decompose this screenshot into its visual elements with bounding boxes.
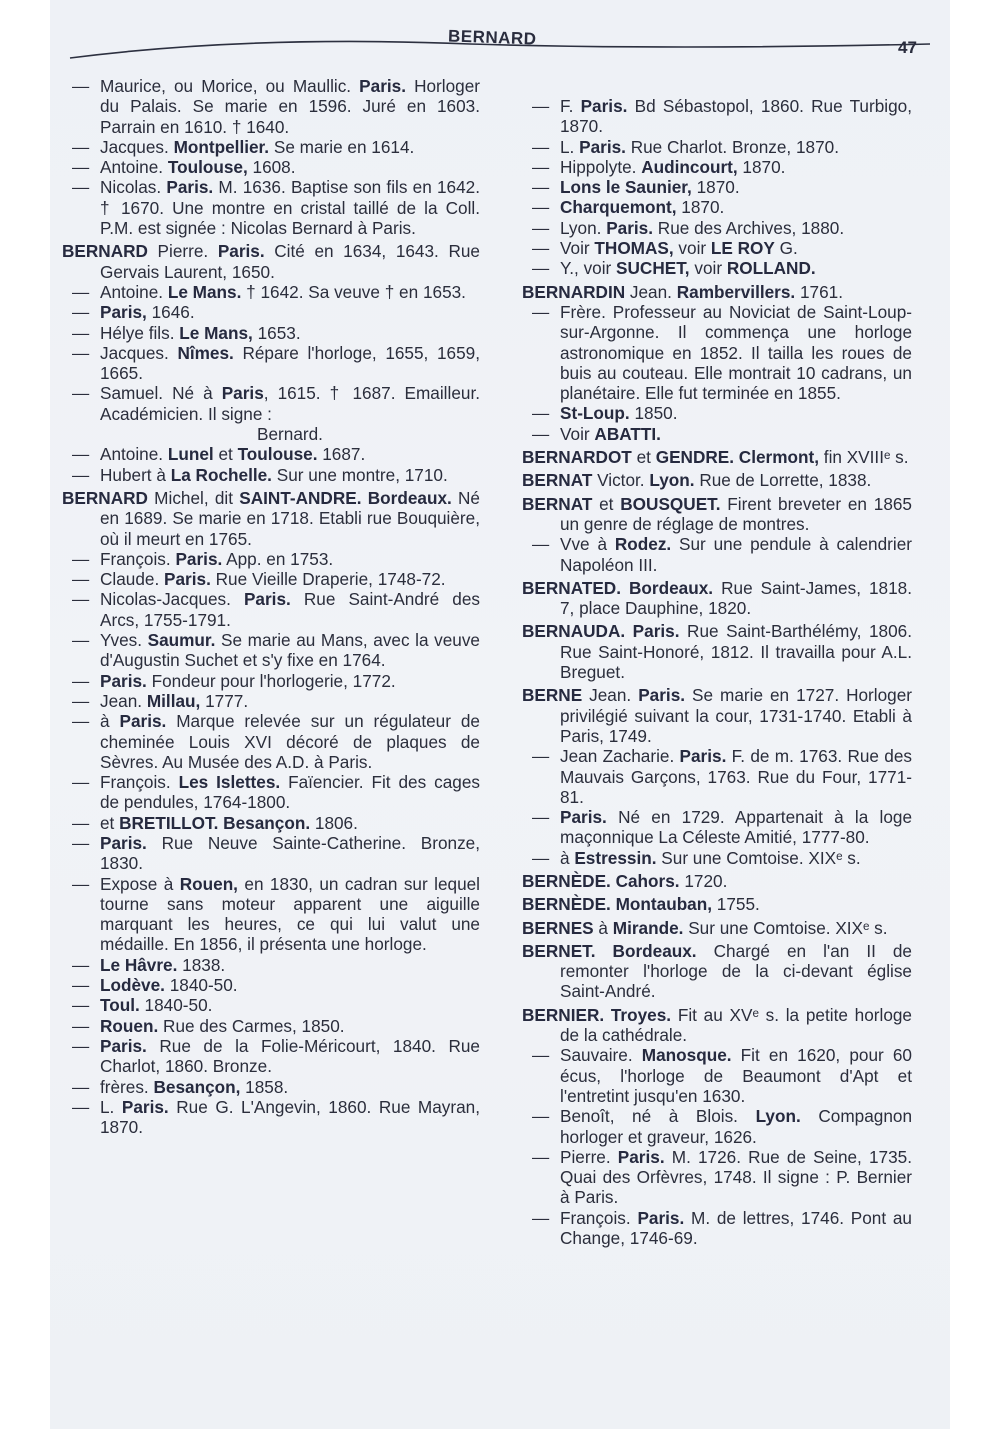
entry-bold-term: Lodève. xyxy=(100,975,165,995)
entry-text: Hippolyte. xyxy=(560,157,641,177)
entry-text: et xyxy=(100,813,119,833)
entry-text: 1870. xyxy=(738,157,786,177)
entry-text: 1840-50. xyxy=(165,975,238,995)
entry-bold-term: Toul. xyxy=(100,995,140,1015)
entry-text: Sur une Comtoise. XIXᵉ s. xyxy=(657,848,861,868)
entry-text: Rue Neuve Sainte-Catherine. Bronze, 1830… xyxy=(100,833,480,873)
entry-bold-term: Paris. xyxy=(579,137,626,157)
entry-bold-term: Toulouse, xyxy=(168,157,248,177)
entry-text: Jacques. xyxy=(100,137,174,157)
entry-text: App. en 1753. xyxy=(222,549,333,569)
entry-dash: — xyxy=(532,403,560,423)
dictionary-sub-entry: —Paris. Né en 1729. Appartenait à la log… xyxy=(522,807,912,848)
entry-bold-term: BERNAT xyxy=(522,470,592,490)
dictionary-sub-entry: —Lodève. 1840-50. xyxy=(62,975,480,995)
dictionary-sub-entry: —Paris. Rue de la Folie-Méricourt, 1840.… xyxy=(62,1036,480,1077)
entry-dash: — xyxy=(72,76,100,96)
entry-bold-term: BERNARD xyxy=(62,241,148,261)
entry-bold-term: BERNET. Bordeaux. xyxy=(522,941,697,961)
right-column: —F. Paris. Bd Sébastopol, 1860. Rue Turb… xyxy=(522,96,912,1248)
dictionary-sub-entry: —François. Les Islettes. Faïencier. Fit … xyxy=(62,772,480,813)
entry-bold-term: BERNÈDE. Montauban, xyxy=(522,894,712,914)
dictionary-sub-entry: —François. Paris. M. de lettres, 1746. P… xyxy=(522,1208,912,1249)
entry-bold-term: Paris. xyxy=(637,1208,684,1228)
entry-dash: — xyxy=(72,444,100,464)
entry-dash: — xyxy=(532,238,560,258)
entry-text: Jean. xyxy=(582,685,638,705)
entry-text: Jean. xyxy=(625,282,677,302)
entry-text: Sauvaire. xyxy=(560,1045,642,1065)
entry-bold-term: BERNAT xyxy=(522,494,592,514)
dictionary-sub-entry: —Jacques. Montpellier. Se marie en 1614. xyxy=(62,137,480,157)
entry-text: et xyxy=(632,447,656,467)
entry-bold-term: Paris, xyxy=(100,302,147,322)
dictionary-headword-entry: BERNATED. Bordeaux. Rue Saint-James, 181… xyxy=(522,578,912,619)
entry-text: Sur une Comtoise. XIXᵉ s. xyxy=(683,918,887,938)
dictionary-sub-entry: —Sauvaire. Manosque. Fit en 1620, pour 6… xyxy=(522,1045,912,1106)
dictionary-headword-entry: BERNARDIN Jean. Rambervillers. 1761. xyxy=(522,282,912,302)
entry-text: Rue Vieille Draperie, 1748-72. xyxy=(211,569,446,589)
entry-dash: — xyxy=(532,197,560,217)
entry-bold-term: Paris. xyxy=(100,833,147,853)
dictionary-sub-entry: —Paris. Fondeur pour l'horlogerie, 1772. xyxy=(62,671,480,691)
entry-dash: — xyxy=(532,258,560,278)
entry-dash: — xyxy=(532,424,560,444)
entry-text: Antoine. xyxy=(100,444,168,464)
entry-text: frères. xyxy=(100,1077,153,1097)
dictionary-sub-entry: —Voir THOMAS, voir LE ROY G. xyxy=(522,238,912,258)
entry-bold-term: THOMAS, xyxy=(594,238,673,258)
entry-bold-term: Paris. xyxy=(618,1147,665,1167)
entry-text: François. xyxy=(100,772,179,792)
entry-dash: — xyxy=(532,534,560,554)
entry-text: et xyxy=(214,444,238,464)
entry-bold-term: ROLLAND. xyxy=(727,258,816,278)
entry-bold-term: Paris. xyxy=(119,711,166,731)
entry-dash: — xyxy=(532,137,560,157)
entry-bold-term: BERNÈDE. Cahors. xyxy=(522,871,680,891)
dictionary-headword-entry: BERNAT Victor. Lyon. Rue de Lorrette, 18… xyxy=(522,470,912,490)
entry-text: 1761. xyxy=(795,282,843,302)
entry-bold-term: Rouen. xyxy=(100,1016,158,1036)
entry-dash: — xyxy=(532,96,560,116)
entry-bold-term: Les Islettes. xyxy=(179,772,281,792)
entry-dash: — xyxy=(72,549,100,569)
running-head: BERNARD xyxy=(448,26,537,49)
entry-bold-term: BERNARDOT xyxy=(522,447,632,467)
entry-dash: — xyxy=(72,671,100,691)
entry-bold-term: Le Hâvre. xyxy=(100,955,177,975)
entry-bold-term: Lons le Saunier, xyxy=(560,177,692,197)
entry-text: Samuel. Né à xyxy=(100,383,222,403)
book-page: BERNARD 47 —Maurice, ou Morice, ou Maull… xyxy=(50,0,950,1429)
dictionary-headword-entry: BERNET. Bordeaux. Chargé en l'an II de r… xyxy=(522,941,912,1002)
entry-text: Nicolas-Jacques. xyxy=(100,589,244,609)
entry-text: Rue Charlot. Bronze, 1870. xyxy=(626,137,839,157)
entry-dash: — xyxy=(72,465,100,485)
entry-text: Voir xyxy=(560,424,594,444)
entry-bold-term: Lyon. xyxy=(756,1106,801,1126)
page-number: 47 xyxy=(898,38,917,58)
dictionary-sub-entry: —L. Paris. Rue Charlot. Bronze, 1870. xyxy=(522,137,912,157)
entry-text: Hélye fils. xyxy=(100,323,179,343)
entry-dash: — xyxy=(72,302,100,322)
entry-text: Antoine. xyxy=(100,282,168,302)
entry-text: voir xyxy=(674,238,711,258)
entry-dash: — xyxy=(72,1016,100,1036)
entry-dash: — xyxy=(72,772,100,792)
dictionary-headword-entry: BERNAT et BOUSQUET. Firent breveter en 1… xyxy=(522,494,912,535)
entry-dash: — xyxy=(72,813,100,833)
entry-text: 1806. xyxy=(310,813,358,833)
entry-dash: — xyxy=(72,282,100,302)
entry-bold-term: BERNARDIN xyxy=(522,282,625,302)
entry-text: Hubert à xyxy=(100,465,171,485)
entry-dash: — xyxy=(532,807,560,827)
entry-bold-term: Paris. xyxy=(100,671,147,691)
entry-text: L. xyxy=(100,1097,122,1117)
entry-text: 1755. xyxy=(712,894,760,914)
entry-text: 1870. xyxy=(692,177,740,197)
entry-dash: — xyxy=(72,711,100,731)
entry-text: Né en 1729. Appartenait à la loge maçonn… xyxy=(560,807,912,847)
entry-text: Expose à xyxy=(100,874,180,894)
entry-bold-term: Besançon, xyxy=(153,1077,240,1097)
dictionary-sub-entry: —Le Hâvre. 1838. xyxy=(62,955,480,975)
entry-dash: — xyxy=(72,589,100,609)
entry-dash: — xyxy=(72,630,100,650)
entry-dash: — xyxy=(72,137,100,157)
entry-text: 1850. xyxy=(630,403,678,423)
dictionary-sub-entry: —Antoine. Lunel et Toulouse. 1687. xyxy=(62,444,480,464)
dictionary-headword-entry: BERNÈDE. Montauban, 1755. xyxy=(522,894,912,914)
entry-bold-term: Paris. xyxy=(100,1036,147,1056)
entry-bold-term: Rouen, xyxy=(180,874,238,894)
entry-text: Frère. Professeur au Noviciat de Saint-L… xyxy=(560,302,912,403)
entry-text: Voir xyxy=(560,238,594,258)
entry-bold-term: St-Loup. xyxy=(560,403,630,423)
entry-dash: — xyxy=(532,1208,560,1228)
dictionary-sub-entry: —Maurice, ou Morice, ou Maullic. Paris. … xyxy=(62,76,480,137)
entry-bold-term: BERNARD xyxy=(62,488,148,508)
dictionary-headword-entry: BERNIER. Troyes. Fit au XVᵉ s. la petite… xyxy=(522,1005,912,1046)
entry-text: fin XVIIIᵉ s. xyxy=(819,447,909,467)
dictionary-headword-entry: BERNARDOT et GENDRE. Clermont, fin XVIII… xyxy=(522,447,912,467)
dictionary-sub-entry: —St-Loup. 1850. xyxy=(522,403,912,423)
dictionary-sub-entry: —à Estressin. Sur une Comtoise. XIXᵉ s. xyxy=(522,848,912,868)
entry-bold-term: Nîmes. xyxy=(177,343,233,363)
entry-bold-term: Paris. xyxy=(359,76,406,96)
entry-text: 1646. xyxy=(147,302,195,322)
dictionary-sub-entry: —Charquemont, 1870. xyxy=(522,197,912,217)
entry-text: G. xyxy=(775,238,798,258)
dictionary-sub-entry: —Samuel. Né à Paris, 1615. † 1687. Email… xyxy=(62,383,480,444)
dictionary-sub-entry: —Antoine. Toulouse, 1608. xyxy=(62,157,480,177)
dictionary-sub-entry: —à Paris. Marque relevée sur un régulate… xyxy=(62,711,480,772)
entry-bold-term: Paris. xyxy=(175,549,222,569)
entry-text: 1720. xyxy=(680,871,728,891)
entry-dash: — xyxy=(72,874,100,894)
entry-dash: — xyxy=(72,833,100,853)
entry-bold-term: Lunel xyxy=(168,444,214,464)
entry-text: 1838. xyxy=(177,955,225,975)
entry-text: et xyxy=(592,494,620,514)
entry-dash: — xyxy=(532,848,560,868)
entry-bold-term: Lyon. xyxy=(649,470,694,490)
dictionary-sub-entry: —frères. Besançon, 1858. xyxy=(62,1077,480,1097)
entry-text: à xyxy=(594,918,613,938)
entry-bold-term: Rambervillers. xyxy=(677,282,795,302)
dictionary-sub-entry: —L. Paris. Rue G. L'Angevin, 1860. Rue M… xyxy=(62,1097,480,1138)
entry-bold-term: SAINT-ANDRE. Bordeaux. xyxy=(239,488,452,508)
entry-dash: — xyxy=(72,995,100,1015)
entry-dash: — xyxy=(72,1036,100,1056)
entry-dash: — xyxy=(72,343,100,363)
dictionary-sub-entry: —Jean Zacharie. Paris. F. de m. 1763. Ru… xyxy=(522,746,912,807)
entry-bold-term: Paris. xyxy=(560,807,607,827)
entry-dash: — xyxy=(72,975,100,995)
entry-bold-term: ABATTI. xyxy=(594,424,661,444)
entry-dash: — xyxy=(532,1045,560,1065)
entry-text: à xyxy=(560,848,574,868)
entry-bold-term: Charquemont, xyxy=(560,197,677,217)
dictionary-sub-entry: —Paris, 1646. xyxy=(62,302,480,322)
dictionary-sub-entry: —Benoît, né à Blois. Lyon. Compagnon hor… xyxy=(522,1106,912,1147)
dictionary-headword-entry: BERNARD Michel, dit SAINT-ANDRE. Bordeau… xyxy=(62,488,480,549)
entry-text: Jacques. xyxy=(100,343,177,363)
entry-bold-term: BERNIER. Troyes. xyxy=(522,1005,671,1025)
entry-dash: — xyxy=(72,569,100,589)
entry-text: 1653. xyxy=(253,323,301,343)
left-column: —Maurice, ou Morice, ou Maullic. Paris. … xyxy=(62,76,480,1137)
entry-bold-term: Millau, xyxy=(147,691,200,711)
entry-bold-term: Paris xyxy=(222,383,264,403)
entry-text: L. xyxy=(560,137,579,157)
entry-bold-term: Paris. xyxy=(680,746,727,766)
dictionary-sub-entry: —F. Paris. Bd Sébastopol, 1860. Rue Turb… xyxy=(522,96,912,137)
entry-bold-term: BRETILLOT. Besançon. xyxy=(119,813,310,833)
entry-bold-term: Le Mans, xyxy=(179,323,253,343)
entry-dash: — xyxy=(532,1147,560,1167)
dictionary-headword-entry: BERNARD Pierre. Paris. Cité en 1634, 164… xyxy=(62,241,480,282)
entry-dash: — xyxy=(72,955,100,975)
dictionary-sub-entry: —Lyon. Paris. Rue des Archives, 1880. xyxy=(522,218,912,238)
dictionary-sub-entry: —Hubert à La Rochelle. Sur une montre, 1… xyxy=(62,465,480,485)
entry-text: Vve à xyxy=(560,534,615,554)
entry-text: Pierre. xyxy=(560,1147,618,1167)
entry-text: 1858. xyxy=(240,1077,288,1097)
entry-dash: — xyxy=(532,157,560,177)
entry-dash: — xyxy=(532,302,560,322)
dictionary-sub-entry: —Y., voir SUCHET, voir ROLLAND. xyxy=(522,258,912,278)
dictionary-sub-entry: —Jacques. Nîmes. Répare l'horloge, 1655,… xyxy=(62,343,480,384)
dictionary-sub-entry: —Yves. Saumur. Se marie au Mans, avec la… xyxy=(62,630,480,671)
entry-text: Benoît, né à Blois. xyxy=(560,1106,756,1126)
entry-dash: — xyxy=(532,1106,560,1126)
dictionary-sub-entry: —Nicolas. Paris. M. 1636. Baptise son fi… xyxy=(62,177,480,238)
entry-bold-term: LE ROY xyxy=(711,238,775,258)
entry-text: Rue des Archives, 1880. xyxy=(653,218,844,238)
dictionary-headword-entry: BERNE Jean. Paris. Se marie en 1727. Hor… xyxy=(522,685,912,746)
entry-bold-term: Paris. xyxy=(581,96,628,116)
dictionary-sub-entry: —Lons le Saunier, 1870. xyxy=(522,177,912,197)
entry-text: 1870. xyxy=(677,197,725,217)
dictionary-headword-entry: BERNÈDE. Cahors. 1720. xyxy=(522,871,912,891)
entry-bold-term: Paris. xyxy=(218,241,265,261)
entry-dash: — xyxy=(72,157,100,177)
entry-bold-term: BERNAUDA. Paris. xyxy=(522,621,680,641)
entry-text: Sur une montre, 1710. xyxy=(272,465,448,485)
entry-text: † 1642. Sa veuve † en 1653. xyxy=(241,282,466,302)
entry-text: Rue des Carmes, 1850. xyxy=(158,1016,344,1036)
entry-text: Fondeur pour l'horlogerie, 1772. xyxy=(147,671,396,691)
entry-bold-term: BERNATED. Bordeaux. xyxy=(522,578,713,598)
entry-text: Lyon. xyxy=(560,218,606,238)
entry-text: Maurice, ou Morice, ou Maullic. xyxy=(100,76,359,96)
dictionary-sub-entry: —Hippolyte. Audincourt, 1870. xyxy=(522,157,912,177)
entry-bold-term: Mirande. xyxy=(613,918,684,938)
dictionary-sub-entry: —et BRETILLOT. Besançon. 1806. xyxy=(62,813,480,833)
entry-dash: — xyxy=(532,177,560,197)
entry-bold-term: Paris. xyxy=(166,177,213,197)
entry-text: Nicolas. xyxy=(100,177,166,197)
entry-dash: — xyxy=(72,1097,100,1117)
entry-dash: — xyxy=(72,383,100,403)
entry-bold-term: Toulouse. xyxy=(238,444,318,464)
entry-bold-term: Paris. xyxy=(122,1097,169,1117)
entry-bold-term: GENDRE. Clermont, xyxy=(656,447,819,467)
dictionary-sub-entry: —Frère. Professeur au Noviciat de Saint-… xyxy=(522,302,912,403)
entry-bold-term: BERNE xyxy=(522,685,582,705)
entry-text: Claude. xyxy=(100,569,164,589)
page-header: BERNARD 47 xyxy=(50,0,950,70)
dictionary-sub-entry: —Voir ABATTI. xyxy=(522,424,912,444)
entry-dash: — xyxy=(72,691,100,711)
entry-bold-term: BOUSQUET. xyxy=(620,494,720,514)
dictionary-headword-entry: BERNAUDA. Paris. Rue Saint-Barthélémy, 1… xyxy=(522,621,912,682)
entry-text: Y., voir xyxy=(560,258,616,278)
dictionary-sub-entry: —Pierre. Paris. M. 1726. Rue de Seine, 1… xyxy=(522,1147,912,1208)
entry-bold-term: Estressin. xyxy=(574,848,656,868)
entry-text: 1840-50. xyxy=(140,995,213,1015)
entry-text: Pierre. xyxy=(148,241,218,261)
entry-text: François. xyxy=(560,1208,637,1228)
entry-bold-term: BERNES xyxy=(522,918,594,938)
entry-bold-term: Manosque. xyxy=(642,1045,732,1065)
entry-bold-term: Le Mans. xyxy=(168,282,242,302)
entry-bold-term: Paris. xyxy=(244,589,291,609)
entry-dash: — xyxy=(72,1077,100,1097)
entry-bold-term: Rodez. xyxy=(615,534,671,554)
entry-dash: — xyxy=(72,177,100,197)
dictionary-sub-entry: —Expose à Rouen, en 1830, un cadran sur … xyxy=(62,874,480,955)
dictionary-sub-entry: —Rouen. Rue des Carmes, 1850. xyxy=(62,1016,480,1036)
dictionary-sub-entry: —Hélye fils. Le Mans, 1653. xyxy=(62,323,480,343)
dictionary-sub-entry: —Jean. Millau, 1777. xyxy=(62,691,480,711)
entry-signature: Bernard. xyxy=(100,424,480,444)
entry-text: Rue de la Folie-Méricourt, 1840. Rue Cha… xyxy=(100,1036,480,1076)
entry-dash: — xyxy=(72,323,100,343)
entry-text: Rue de Lorrette, 1838. xyxy=(695,470,872,490)
entry-text: Michel, dit xyxy=(148,488,239,508)
dictionary-sub-entry: —François. Paris. App. en 1753. xyxy=(62,549,480,569)
dictionary-headword-entry: BERNES à Mirande. Sur une Comtoise. XIXᵉ… xyxy=(522,918,912,938)
entry-text: Jean. xyxy=(100,691,147,711)
dictionary-sub-entry: —Toul. 1840-50. xyxy=(62,995,480,1015)
entry-text: à xyxy=(100,711,119,731)
entry-text: 1777. xyxy=(200,691,248,711)
entry-text: 1687. xyxy=(317,444,365,464)
entry-text: François. xyxy=(100,549,175,569)
dictionary-sub-entry: —Antoine. Le Mans. † 1642. Sa veuve † en… xyxy=(62,282,480,302)
entry-bold-term: Paris. xyxy=(606,218,653,238)
dictionary-sub-entry: —Vve à Rodez. Sur une pendule à calendri… xyxy=(522,534,912,575)
entry-bold-term: Paris. xyxy=(164,569,211,589)
dictionary-sub-entry: —Nicolas-Jacques. Paris. Rue Saint-André… xyxy=(62,589,480,630)
dictionary-sub-entry: —Claude. Paris. Rue Vieille Draperie, 17… xyxy=(62,569,480,589)
entry-text: F. xyxy=(560,96,581,116)
entry-text: Se marie en 1614. xyxy=(269,137,414,157)
entry-bold-term: Saumur. xyxy=(148,630,216,650)
entry-bold-term: Audincourt, xyxy=(641,157,737,177)
entry-bold-term: Montpellier. xyxy=(174,137,270,157)
entry-dash: — xyxy=(532,218,560,238)
entry-text: Yves. xyxy=(100,630,148,650)
entry-text: Victor. xyxy=(592,470,649,490)
entry-bold-term: La Rochelle. xyxy=(171,465,272,485)
entry-text: 1608. xyxy=(248,157,296,177)
dictionary-sub-entry: —Paris. Rue Neuve Sainte-Catherine. Bron… xyxy=(62,833,480,874)
entry-text: Jean Zacharie. xyxy=(560,746,680,766)
entry-dash: — xyxy=(532,746,560,766)
entry-text: voir xyxy=(690,258,727,278)
entry-bold-term: SUCHET, xyxy=(616,258,690,278)
entry-text: Antoine. xyxy=(100,157,168,177)
entry-bold-term: Paris. xyxy=(638,685,685,705)
